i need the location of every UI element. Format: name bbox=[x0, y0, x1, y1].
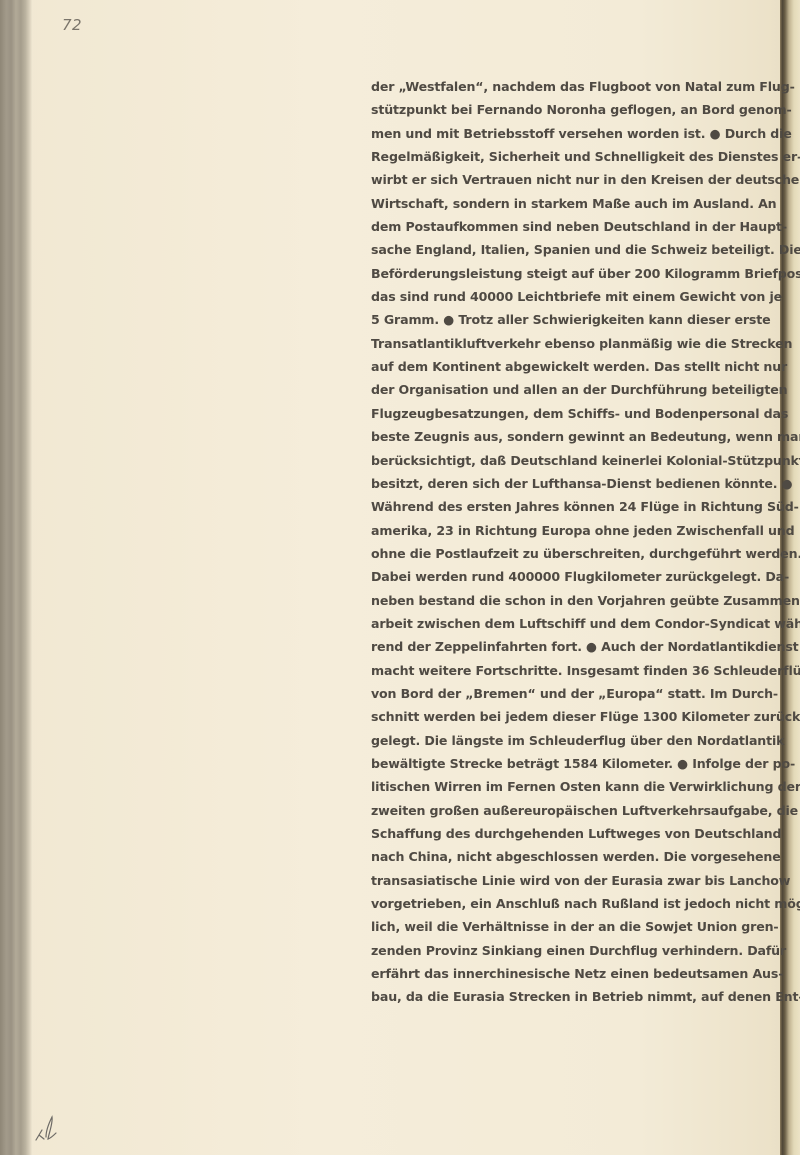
text-line: Schaffung des durchgehenden Luftweges vo… bbox=[371, 822, 765, 845]
text-line: sache England, Italien, Spanien und die … bbox=[371, 238, 765, 261]
text-line: litischen Wirren im Fernen Osten kann di… bbox=[371, 775, 765, 798]
text-line: rend der Zeppelinfahrten fort. ● Auch de… bbox=[371, 635, 765, 658]
book-page: 72 der „Westfalen“, nachdem das Flugboot… bbox=[0, 0, 800, 1155]
book-spine-left bbox=[0, 0, 32, 1155]
text-line: Regelmäßigkeit, Sicherheit und Schnellig… bbox=[371, 145, 765, 168]
text-line: zenden Provinz Sinkiang einen Durchflug … bbox=[371, 939, 765, 962]
text-line: Beförderungsleistung steigt auf über 200… bbox=[371, 262, 765, 285]
text-line: zweiten großen außereuropäischen Luftver… bbox=[371, 799, 765, 822]
text-line: erfährt das innerchinesische Netz einen … bbox=[371, 962, 765, 985]
text-line: wirbt er sich Vertrauen nicht nur in den… bbox=[371, 168, 765, 191]
text-line: amerika, 23 in Richtung Europa ohne jede… bbox=[371, 519, 765, 542]
text-line: 5 Gramm. ● Trotz aller Schwierigkeiten k… bbox=[371, 308, 765, 331]
text-line: ohne die Postlaufzeit zu überschreiten, … bbox=[371, 542, 765, 565]
text-line: auf dem Kontinent abgewickelt werden. Da… bbox=[371, 355, 765, 378]
text-line: nach China, nicht abgeschlossen werden. … bbox=[371, 845, 765, 868]
pencil-mark-icon bbox=[34, 1113, 58, 1143]
text-line: lich, weil die Verhältnisse in der an di… bbox=[371, 915, 765, 938]
text-line: gelegt. Die längste im Schleuderflug übe… bbox=[371, 729, 765, 752]
text-line: macht weitere Fortschritte. Insgesamt fi… bbox=[371, 659, 765, 682]
text-line: Wirtschaft, sondern in starkem Maße auch… bbox=[371, 192, 765, 215]
text-line: beste Zeugnis aus, sondern gewinnt an Be… bbox=[371, 425, 765, 448]
text-line: bau, da die Eurasia Strecken in Betrieb … bbox=[371, 985, 765, 1008]
text-line: der Organisation und allen an der Durchf… bbox=[371, 378, 765, 401]
text-line: Dabei werden rund 400000 Flugkilometer z… bbox=[371, 565, 765, 588]
text-line: Während des ersten Jahres können 24 Flüg… bbox=[371, 495, 765, 518]
text-line: arbeit zwischen dem Luftschiff und dem C… bbox=[371, 612, 765, 635]
text-line: der „Westfalen“, nachdem das Flugboot vo… bbox=[371, 75, 765, 98]
text-line: transasiatische Linie wird von der Euras… bbox=[371, 869, 765, 892]
page-number: 72 bbox=[62, 16, 82, 34]
text-line: bewältigte Strecke beträgt 1584 Kilomete… bbox=[371, 752, 765, 775]
text-line: besitzt, deren sich der Lufthansa-Dienst… bbox=[371, 472, 765, 495]
text-line: men und mit Betriebsstoff versehen worde… bbox=[371, 122, 765, 145]
text-line: dem Postaufkommen sind neben Deutschland… bbox=[371, 215, 765, 238]
text-line: berücksichtigt, daß Deutschland keinerle… bbox=[371, 449, 765, 472]
text-line: Flugzeugbesatzungen, dem Schiffs- und Bo… bbox=[371, 402, 765, 425]
text-line: vorgetrieben, ein Anschluß nach Rußland … bbox=[371, 892, 765, 915]
text-line: neben bestand die schon in den Vorjahren… bbox=[371, 589, 765, 612]
text-line: das sind rund 40000 Leichtbriefe mit ein… bbox=[371, 285, 765, 308]
text-line: schnitt werden bei jedem dieser Flüge 13… bbox=[371, 705, 765, 728]
text-line: stützpunkt bei Fernando Noronha geflogen… bbox=[371, 98, 765, 121]
text-line: von Bord der „Bremen“ und der „Europa“ s… bbox=[371, 682, 765, 705]
body-text: der „Westfalen“, nachdem das Flugboot vo… bbox=[371, 75, 765, 1009]
text-line: Transatlantikluftverkehr ebenso planmäßi… bbox=[371, 332, 765, 355]
